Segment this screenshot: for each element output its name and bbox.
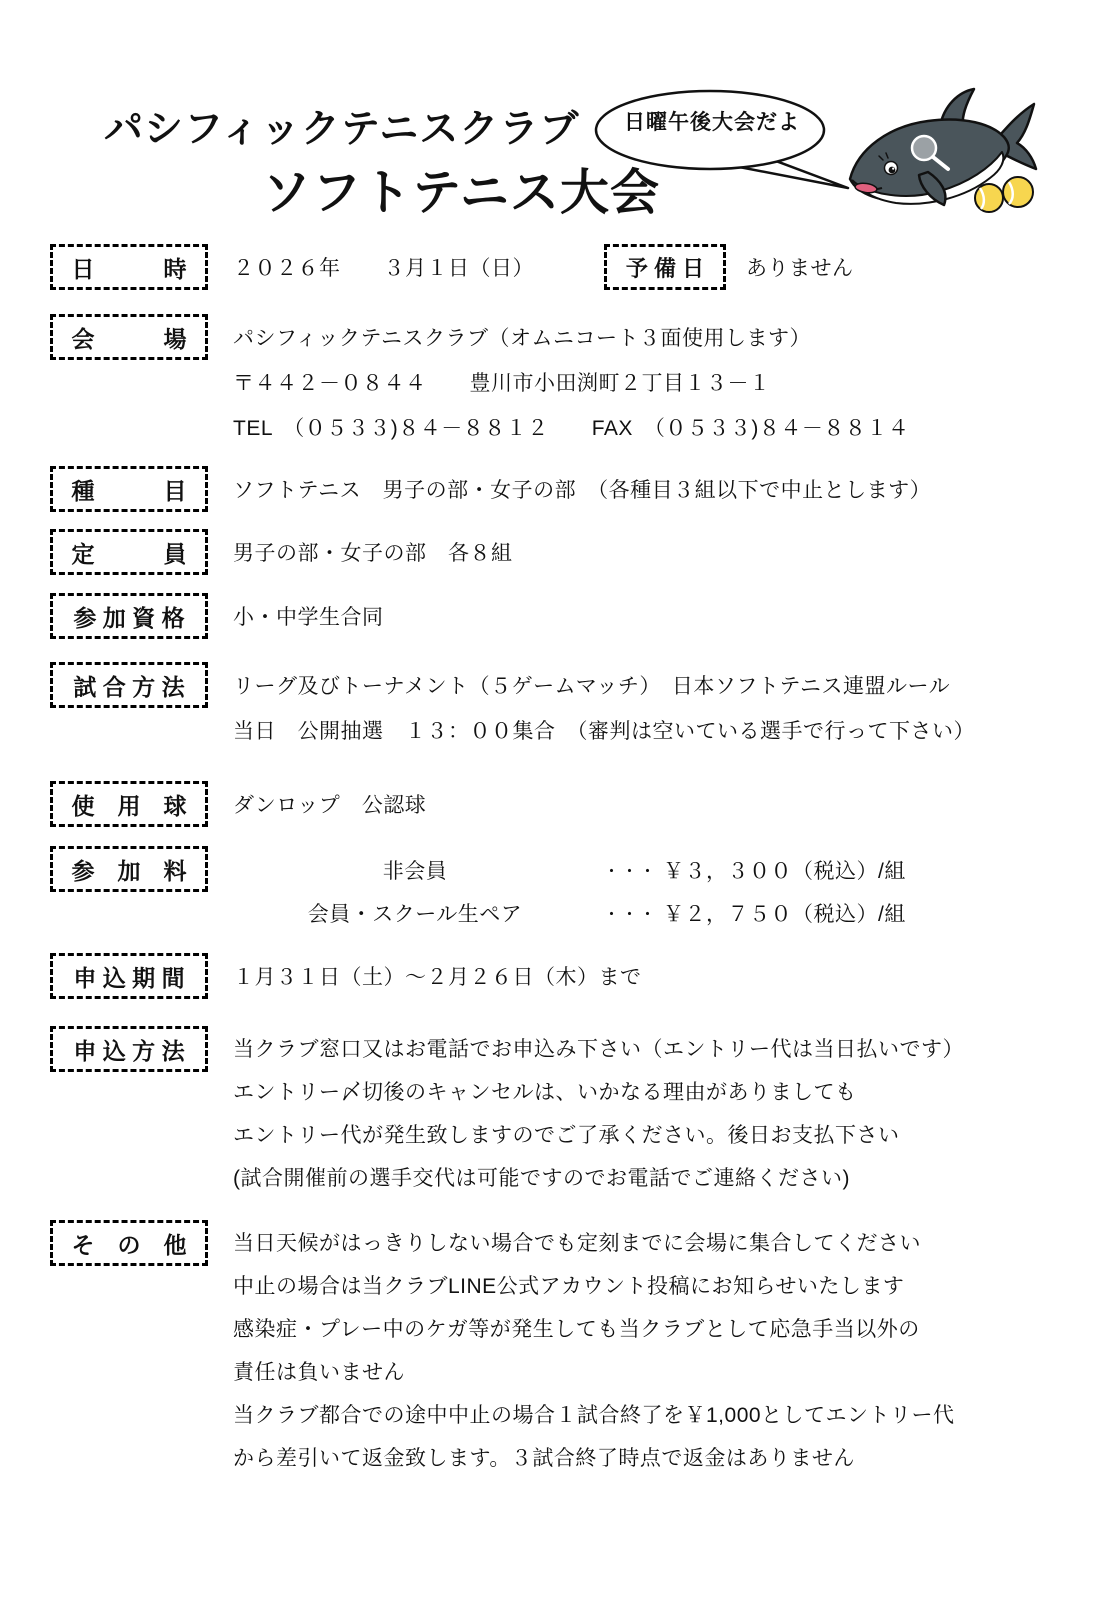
venue-line: TEL （０５３３)８４－８８１２ FAX （０５３３)８４－８８１４ [233,404,909,449]
other-notes-line: 感染症・プレー中のケガ等が発生しても当クラブとして応急手当以外の [233,1306,955,1349]
fee-dots: ・・・ [597,900,663,925]
fee-price: ￥２，７５０（税込）/組 [663,898,906,928]
events-value: ソフトテニス 男子の部・女子の部 （各種目３組以下で中止とします） [233,466,931,512]
application-method-line: エントリー〆切後のキャンセルは、いかなる理由がありましても [233,1069,964,1112]
venue-line: パシフィックテニスクラブ（オムニコート３面使用します） [233,314,909,359]
label-venue: 会 場 [50,314,208,360]
venue-lines: パシフィックテニスクラブ（オムニコート３面使用します） 〒４４２－０８４４ 豊川… [233,314,909,449]
label-capacity: 定 員 [50,529,208,575]
capacity-value: 男子の部・女子の部 各８組 [233,529,513,575]
club-name-title: パシフィックテニスクラブ [104,98,579,154]
speech-bubble: 日曜午後大会だよ [592,86,854,196]
label-ball: 使 用 球 [50,781,208,827]
match-format-lines: リーグ及びトーナメント（５ゲームマッチ） 日本ソフトテニス連盟ルール 当日 公開… [233,662,975,752]
other-notes-lines: 当日天候がはっきりしない場合でも定刻までに会場に集合してください 中止の場合は当… [233,1220,955,1478]
fee-price: ￥３，３００（税込）/組 [663,855,906,885]
eligibility-value: 小・中学生合同 [233,593,384,639]
match-format-line: リーグ及びトーナメント（５ゲームマッチ） 日本ソフトテニス連盟ルール [233,662,975,707]
other-notes-line: 当日天候がはっきりしない場合でも定刻までに会場に集合してください [233,1220,955,1263]
application-method-line: エントリー代が発生致しますのでご了承ください。後日お支払下さい [233,1112,964,1155]
speech-bubble-shape-icon [592,86,854,196]
fee-category: 会員・スクール生ペア [233,898,597,928]
ball-value: ダンロップ 公認球 [233,781,426,827]
application-method-lines: 当クラブ窓口又はお電話でお申込み下さい（エントリー代は当日払いです） エントリー… [233,1026,964,1198]
venue-line: 〒４４２－０８４４ 豊川市小田渕町２丁目１３－１ [233,359,909,404]
label-fee: 参 加 料 [50,846,208,892]
label-application-method: 申 込 方 法 [50,1026,208,1072]
application-method-line: (試合開催前の選手交代は可能ですのでお電話でご連絡ください) [233,1155,964,1198]
label-other-notes: そ の 他 [50,1220,208,1266]
label-events: 種 目 [50,466,208,512]
reserve-day-value: ありません [746,244,854,290]
label-match-format: 試 合 方 法 [50,662,208,708]
speech-bubble-text: 日曜午後大会だよ [614,106,810,136]
application-method-line: 当クラブ窓口又はお電話でお申込み下さい（エントリー代は当日払いです） [233,1026,964,1069]
other-notes-line: 当クラブ都合での途中中止の場合１試合終了を￥1,000としてエントリー代 [233,1392,955,1435]
match-format-line: 当日 公開抽選 １３：００集合 （審判は空いている選手で行って下さい） [233,707,975,752]
label-reserve-day: 予 備 日 [604,244,726,290]
other-notes-line: 中止の場合は当クラブLINE公式アカウント投稿にお知らせいたします [233,1263,955,1306]
application-period-value: １月３１日（土）～２月２６日（木）まで [233,953,642,999]
label-application-period: 申 込 期 間 [50,953,208,999]
tournament-flyer-page: パシフィックテニスクラブ ソフトテニス大会 日曜午後大会だよ [0,0,1100,1600]
other-notes-line: 責任は負いません [233,1349,955,1392]
label-eligibility: 参 加 資 格 [50,593,208,639]
datetime-value: ２０２６年 ３月１日（日） [233,244,534,290]
fee-dots: ・・・ [597,857,663,882]
label-datetime: 日 時 [50,244,208,290]
fee-row: 非会員 ・・・ ￥３，３００（税込）/組 [233,848,906,891]
fee-category: 非会員 [233,855,597,885]
dolphin-mascot-icon [836,84,1040,220]
fee-table: 非会員 ・・・ ￥３，３００（税込）/組 会員・スクール生ペア ・・・ ￥２，７… [233,848,906,934]
fee-row: 会員・スクール生ペア ・・・ ￥２，７５０（税込）/組 [233,891,906,934]
other-notes-line: から差引いて返金致します。３試合終了時点で返金はありません [233,1435,955,1478]
